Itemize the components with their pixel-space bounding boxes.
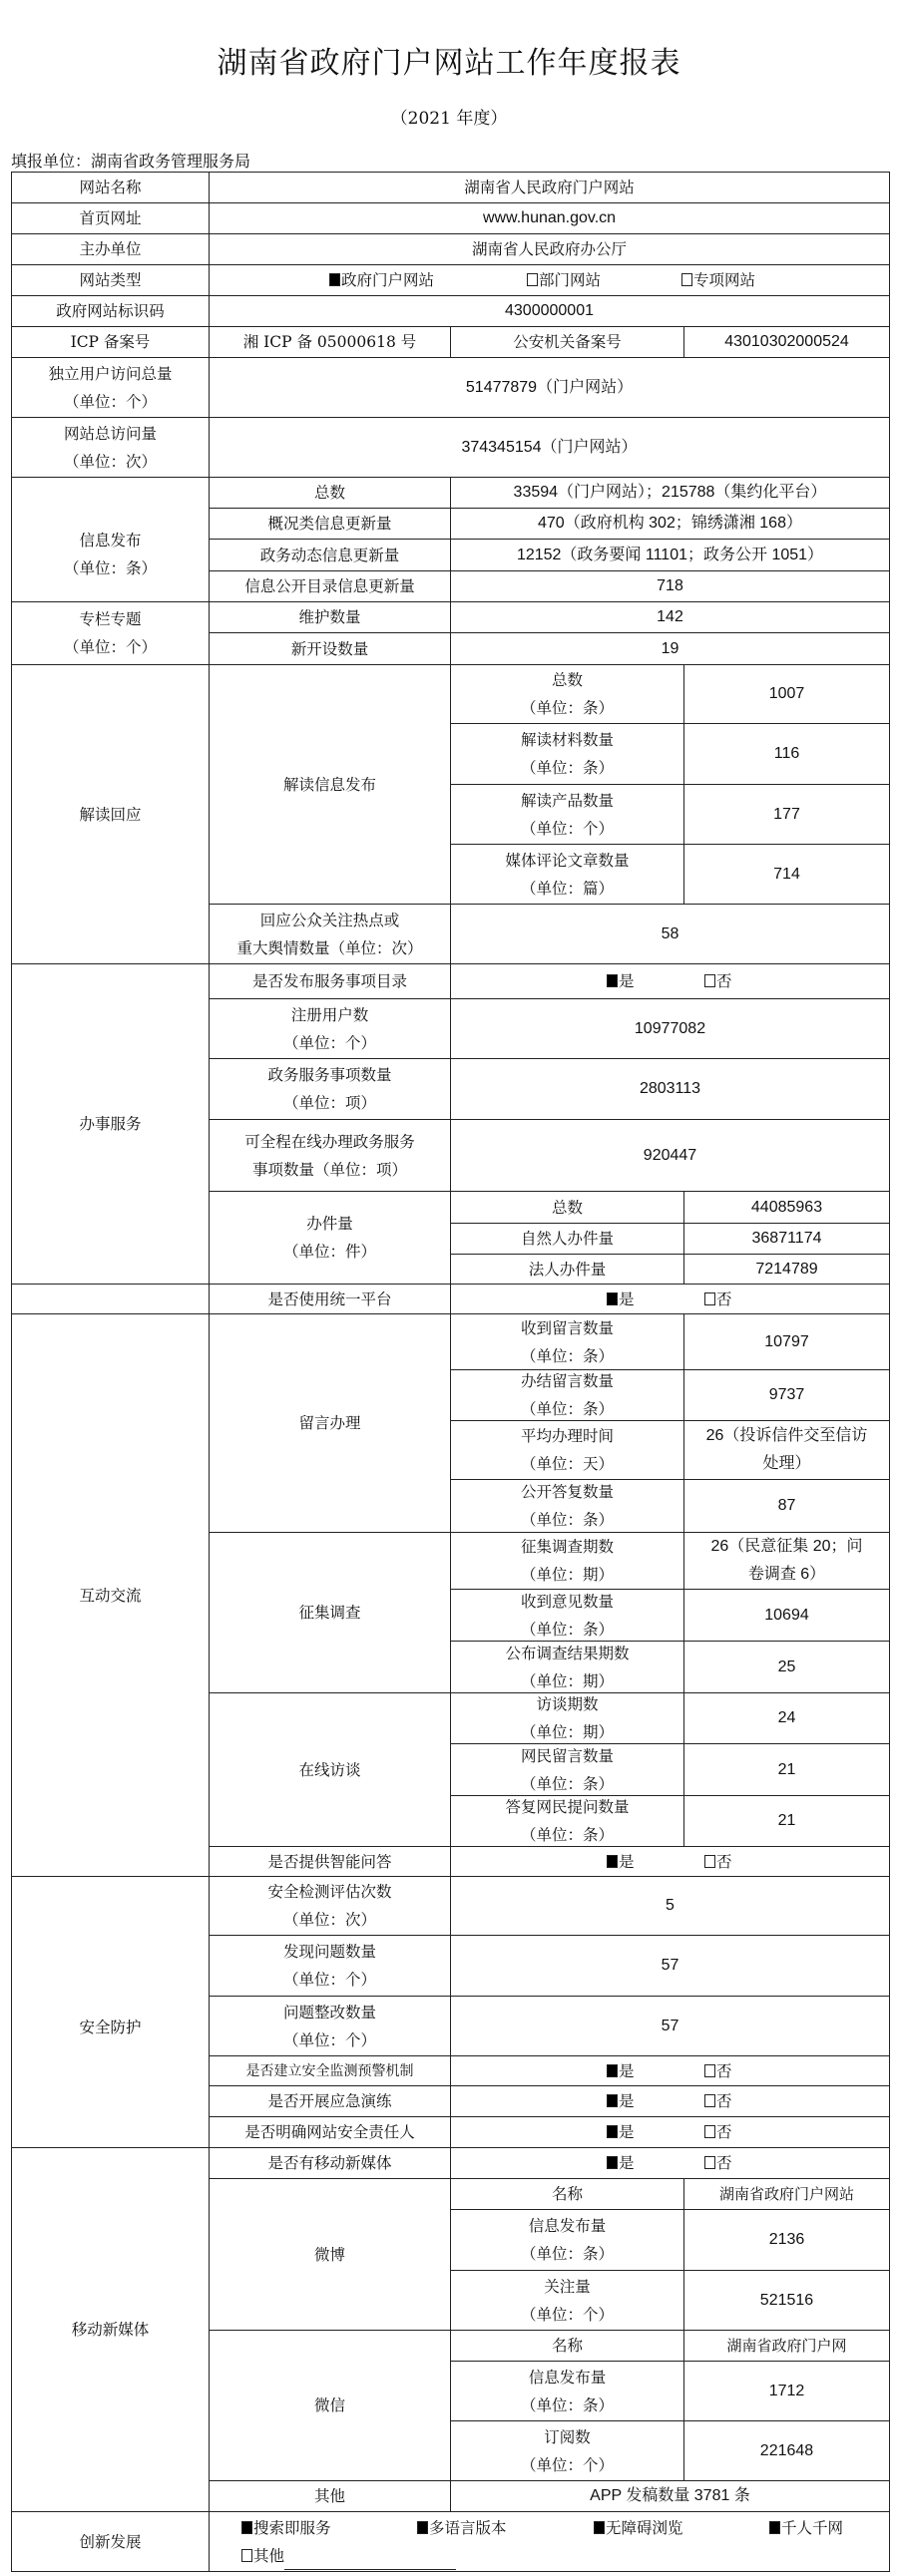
interp-row-label: 解读材料数量（单位：条）	[450, 723, 684, 785]
other-media-label: 其他	[209, 2480, 451, 2512]
security-row-label: 安全检测评估次数（单位：次）	[209, 1876, 451, 1936]
msg-row-label: 办结留言数量（单位：条）	[450, 1369, 684, 1421]
interpretation-label: 解读回应	[11, 664, 210, 964]
sponsor-label: 主办单位	[11, 233, 210, 265]
checkbox-checked-icon	[607, 2064, 618, 2077]
services-label: 办事服务	[11, 963, 210, 1285]
interview-row-value: 24	[683, 1692, 890, 1744]
page-views-value: 374345154（门户网站）	[209, 417, 890, 478]
online-items-label: 可全程在线办理政务服务事项数量（单位：项）	[209, 1119, 451, 1192]
info-publish-row-value: 718	[450, 570, 890, 602]
site-name-value: 湖南省人民政府门户网站	[209, 172, 890, 203]
cases-row-value: 44085963	[683, 1191, 890, 1224]
weibo-row-value: 521516	[683, 2270, 890, 2331]
wechat-row-label: 订阅数（单位：个）	[450, 2420, 684, 2481]
security-row-value: 57	[450, 1996, 890, 2056]
icp-label: ICP 备案号	[11, 326, 210, 358]
survey-row-value: 10694	[683, 1589, 890, 1642]
service-catalog-label: 是否发布服务事项目录	[209, 963, 451, 999]
interp-row-value: 177	[683, 784, 890, 845]
yes-option[interactable]: 是	[607, 967, 635, 995]
info-publish-row-value: 470（政府机构 302；锦绣潇湘 168）	[450, 508, 890, 540]
service-catalog-options: 是 否	[450, 963, 890, 999]
no-option[interactable]: 否	[704, 1286, 732, 1313]
police-record-value: 43010302000524	[683, 326, 890, 358]
police-record-label: 公安机关备案号	[450, 326, 684, 358]
site-type-label: 网站类型	[11, 264, 210, 296]
homepage-label: 首页网址	[11, 202, 210, 234]
report-title: 湖南省政府门户网站工作年度报表	[0, 38, 898, 82]
checkbox-checked-icon	[607, 2125, 618, 2138]
checkbox-empty-icon	[527, 273, 538, 286]
security-row-value: 5	[450, 1876, 890, 1936]
wechat-row-label: 信息发布量（单位：条）	[450, 2361, 684, 2421]
messages-label: 留言办理	[209, 1313, 451, 1533]
smart-qa-label: 是否提供智能问答	[209, 1846, 451, 1877]
survey-row-value: 25	[683, 1641, 890, 1693]
has-mobile-options: 是 否	[450, 2147, 890, 2179]
icp-value: 湘 ICP 备 05000618 号	[209, 326, 451, 358]
msg-row-value: 9737	[683, 1369, 890, 1421]
survey-row-label: 征集调查期数（单位：期）	[450, 1532, 684, 1590]
smart-qa-options: 是 否	[450, 1846, 890, 1877]
interview-row-label: 答复网民提问数量（单位：条）	[450, 1795, 684, 1847]
info-publish-row-label: 信息公开目录信息更新量	[209, 570, 451, 602]
interview-row-value: 21	[683, 1795, 890, 1847]
interp-row-label: 解读产品数量（单位：个）	[450, 784, 684, 845]
innovation-option-multilang[interactable]: 多语言版本	[417, 2514, 507, 2542]
info-publish-row-value: 33594（门户网站）；215788（集约化平台）	[450, 477, 890, 509]
weibo-label: 微博	[209, 2178, 451, 2331]
interp-row-value: 116	[683, 723, 890, 785]
innovation-label: 创新发展	[11, 2511, 210, 2572]
interview-row-value: 21	[683, 1743, 890, 1796]
online-items-value: 920447	[450, 1119, 890, 1192]
no-option[interactable]: 否	[704, 1848, 732, 1876]
checkbox-checked-icon	[607, 974, 618, 987]
innovation-option-accessibility[interactable]: 无障碍浏览	[594, 2514, 683, 2542]
site-type-option-special[interactable]: 专项网站	[681, 266, 755, 294]
wechat-row-value: 1712	[683, 2361, 890, 2421]
weibo-row-label: 关注量（单位：个）	[450, 2270, 684, 2331]
checkbox-checked-icon	[329, 273, 340, 286]
interp-row-label: 总数（单位：条）	[450, 664, 684, 724]
interaction-label: 互动交流	[11, 1313, 210, 1877]
security-row-value: 57	[450, 1935, 890, 1997]
security-check-options: 是 否	[450, 2055, 890, 2086]
security-check-options: 是 否	[450, 2085, 890, 2117]
cases-label: 办件量（单位：件）	[209, 1191, 451, 1285]
report-subtitle: （2021 年度）	[0, 104, 898, 129]
yes-option[interactable]: 是	[607, 1848, 635, 1876]
security-check-label: 是否开展应急演练	[209, 2085, 451, 2117]
wechat-row-label: 名称	[450, 2330, 684, 2362]
unified-platform-label: 是否使用统一平台	[209, 1284, 451, 1314]
checkbox-empty-icon	[704, 2125, 715, 2138]
wechat-row-value: 湖南省政府门户网	[683, 2330, 890, 2362]
columns-row-value: 19	[450, 632, 890, 665]
response-label: 回应公众关注热点或重大舆情数量（单位：次）	[209, 904, 451, 964]
unique-visitors-label: 独立用户访问总量（单位：个）	[11, 357, 210, 418]
yes-option[interactable]: 是	[607, 1286, 635, 1313]
msg-row-label: 平均办理时间（单位：天）	[450, 1420, 684, 1480]
no-option[interactable]: 否	[704, 967, 732, 995]
info-publish-row-value: 12152（政务要闻 11101；政务公开 1051）	[450, 539, 890, 571]
service-items-label: 政务服务事项数量（单位：项）	[209, 1058, 451, 1120]
info-publish-row-label: 概况类信息更新量	[209, 508, 451, 540]
security-check-label: 是否明确网站安全责任人	[209, 2116, 451, 2148]
innovation-options: 搜索即服务 多语言版本 无障碍浏览 千人千网 其他	[209, 2511, 890, 2572]
columns-label: 专栏专题（单位：个）	[11, 601, 210, 665]
security-check-label: 是否建立安全监测预警机制	[209, 2055, 451, 2086]
security-label: 安全防护	[11, 1876, 210, 2179]
msg-row-value: 87	[683, 1479, 890, 1533]
site-type-option-department[interactable]: 部门网站	[527, 266, 601, 294]
survey-label: 征集调查	[209, 1532, 451, 1693]
page-views-label: 网站总访问量（单位：次）	[11, 417, 210, 478]
checkbox-empty-icon	[704, 2094, 715, 2107]
interpretation-sub-label: 解读信息发布	[209, 664, 451, 905]
columns-row-value: 142	[450, 601, 890, 633]
registered-users-label: 注册用户数（单位：个）	[209, 998, 451, 1059]
checkbox-empty-icon	[704, 2156, 715, 2169]
info-publish-row-label: 政务动态信息更新量	[209, 539, 451, 571]
innovation-option-other[interactable]: 其他	[241, 2542, 456, 2570]
checkbox-checked-icon	[417, 2521, 428, 2534]
checkbox-empty-icon	[704, 1292, 715, 1305]
security-row-label: 问题整改数量（单位：个）	[209, 1996, 451, 2056]
innovation-option-personalized[interactable]: 千人千网	[769, 2514, 843, 2542]
site-type-option-portal[interactable]: 政府门户网站	[329, 266, 434, 294]
registered-users-value: 10977082	[450, 998, 890, 1059]
response-value: 58	[450, 904, 890, 964]
checkbox-checked-icon	[607, 1855, 618, 1868]
weibo-row-label: 名称	[450, 2178, 684, 2210]
unified-platform-options: 是 否	[450, 1284, 890, 1314]
checkbox-checked-icon	[594, 2521, 605, 2534]
survey-row-label: 公布调查结果期数（单位：期）	[450, 1641, 684, 1693]
info-publish-row-label: 总数	[209, 477, 451, 509]
checkbox-checked-icon	[241, 2521, 252, 2534]
wechat-label: 微信	[209, 2330, 451, 2481]
interp-row-label: 媒体评论文章数量（单位：篇）	[450, 844, 684, 905]
filling-unit: 填报单位：湖南省政务管理服务局	[11, 149, 250, 172]
cases-row-label: 法人办件量	[450, 1254, 684, 1285]
interview-row-label: 访谈期数（单位：期）	[450, 1692, 684, 1744]
checkbox-empty-icon	[704, 2064, 715, 2077]
homepage-value[interactable]: www.hunan.gov.cn	[209, 202, 890, 234]
checkbox-empty-icon	[704, 974, 715, 987]
columns-row-label: 新开设数量	[209, 632, 451, 665]
no-option[interactable]: 否	[704, 2057, 732, 2085]
empty-cell	[11, 1284, 210, 1314]
other-input-line[interactable]	[284, 2551, 456, 2570]
no-option[interactable]: 否	[704, 2118, 732, 2146]
checkbox-checked-icon	[769, 2521, 780, 2534]
id-code-label: 政府网站标识码	[11, 295, 210, 327]
security-check-options: 是 否	[450, 2116, 890, 2148]
msg-row-label: 公开答复数量（单位：条）	[450, 1479, 684, 1533]
msg-row-value: 10797	[683, 1313, 890, 1370]
columns-row-label: 维护数量	[209, 601, 451, 633]
checkbox-empty-icon	[704, 1855, 715, 1868]
cases-row-value: 36871174	[683, 1223, 890, 1255]
id-code-value: 4300000001	[209, 295, 890, 327]
site-type-options: 政府门户网站 部门网站 专项网站	[209, 264, 890, 296]
sponsor-value: 湖南省人民政府办公厅	[209, 233, 890, 265]
wechat-row-value: 221648	[683, 2420, 890, 2481]
cases-row-value: 7214789	[683, 1254, 890, 1285]
innovation-option-search[interactable]: 搜索即服务	[241, 2514, 331, 2542]
checkbox-checked-icon	[607, 2094, 618, 2107]
unique-visitors-value: 51477879（门户网站）	[209, 357, 890, 418]
weibo-row-value: 湖南省政府门户网站	[683, 2178, 890, 2210]
yes-option[interactable]: 是	[607, 2087, 635, 2115]
has-mobile-label: 是否有移动新媒体	[209, 2147, 451, 2179]
yes-option[interactable]: 是	[607, 2057, 635, 2085]
weibo-row-label: 信息发布量（单位：条）	[450, 2209, 684, 2271]
interview-label: 在线访谈	[209, 1692, 451, 1847]
site-name-label: 网站名称	[11, 172, 210, 203]
service-items-value: 2803113	[450, 1058, 890, 1120]
interview-row-label: 网民留言数量（单位：条）	[450, 1743, 684, 1796]
mobile-label: 移动新媒体	[11, 2147, 210, 2512]
yes-option[interactable]: 是	[607, 2149, 635, 2177]
survey-row-value: 26（民意征集 20；问卷调查 6）	[683, 1532, 890, 1590]
checkbox-empty-icon	[241, 2549, 252, 2562]
no-option[interactable]: 否	[704, 2087, 732, 2115]
yes-option[interactable]: 是	[607, 2118, 635, 2146]
checkbox-checked-icon	[607, 2156, 618, 2169]
checkbox-empty-icon	[681, 273, 692, 286]
cases-row-label: 自然人办件量	[450, 1223, 684, 1255]
survey-row-label: 收到意见数量（单位：条）	[450, 1589, 684, 1642]
other-media-value: APP 发稿数量 3781 条	[450, 2480, 890, 2512]
msg-row-label: 收到留言数量（单位：条）	[450, 1313, 684, 1370]
weibo-row-value: 2136	[683, 2209, 890, 2271]
msg-row-value: 26（投诉信件交至信访处理）	[683, 1420, 890, 1480]
interp-row-value: 714	[683, 844, 890, 905]
cases-row-label: 总数	[450, 1191, 684, 1224]
no-option[interactable]: 否	[704, 2149, 732, 2177]
checkbox-checked-icon	[607, 1292, 618, 1305]
security-row-label: 发现问题数量（单位：个）	[209, 1935, 451, 1997]
interp-row-value: 1007	[683, 664, 890, 724]
